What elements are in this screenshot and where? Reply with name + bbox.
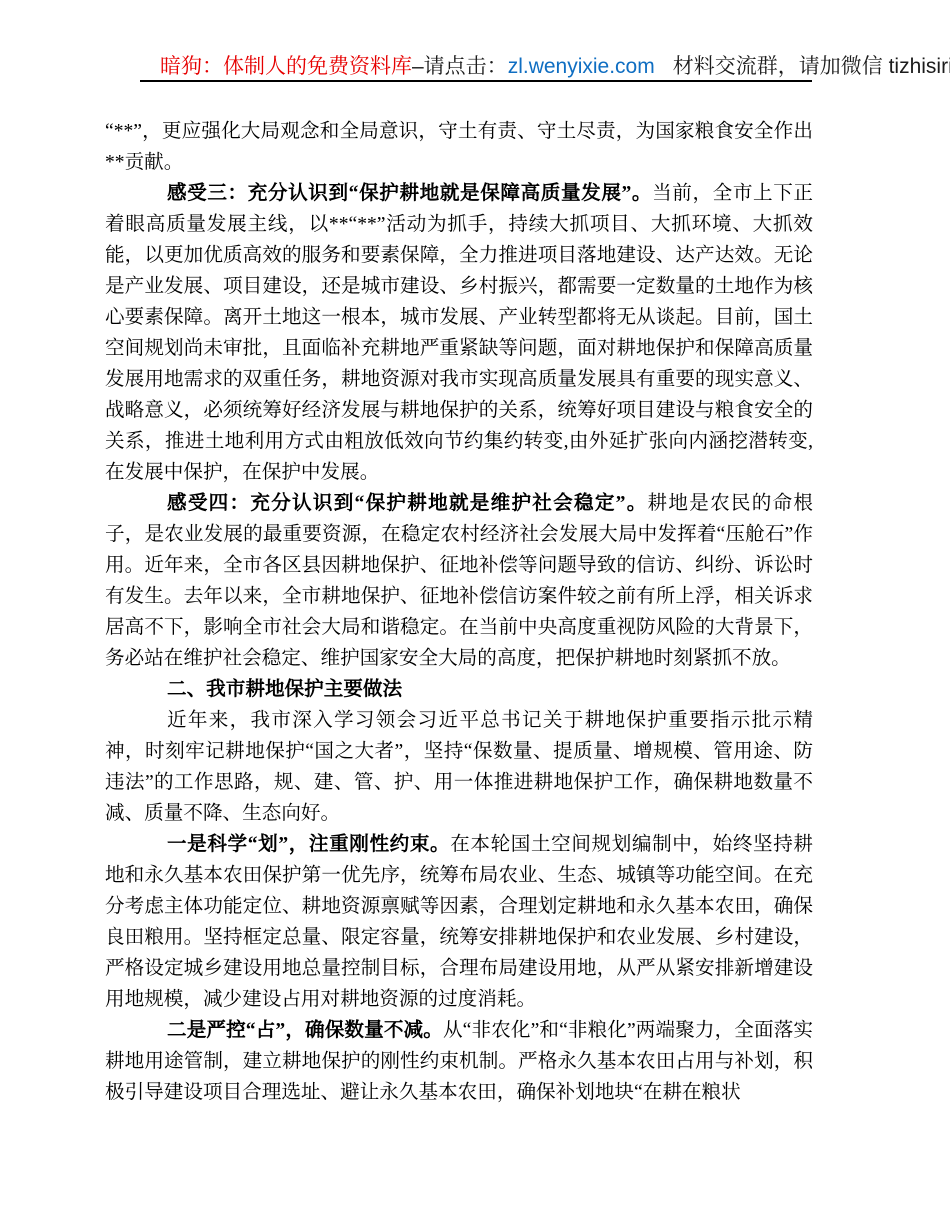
paragraph-lead-bold-text: 一是科学“划”，注重刚性约束。 <box>167 834 450 855</box>
paragraph-text: “**”，更应强化大局观念和全局意识，守土有责、守土尽责，为国家粮食安全作出**… <box>105 121 813 173</box>
site-link[interactable]: zl.wenyixie.com <box>508 55 655 79</box>
document-body: “**”，更应强化大局观念和全局意识，守土有责、守土尽责，为国家粮食安全作出**… <box>105 116 813 1108</box>
paragraph: “**”，更应强化大局观念和全局意识，守土有责、守土尽责，为国家粮食安全作出**… <box>105 116 813 178</box>
paragraph: 一是科学“划”，注重刚性约束。在本轮国土空间规划编制中，始终坚持耕地和永久基本农… <box>105 829 813 1015</box>
paragraph-text: 近年来，我市深入学习领会习近平总书记关于耕地保护重要指示批示精神，时刻牢记耕地保… <box>105 710 813 824</box>
header-divider-line <box>140 80 812 82</box>
paragraph-text: 耕地是农民的命根子，是农业发展的最重要资源，在稳定农村经济社会发展大局中发挥着“… <box>105 493 813 669</box>
paragraph-lead-bold-text: 感受三：充分认识到“保护耕地就是保障高质量发展”。 <box>167 183 652 204</box>
paragraph: 二是严控“占”，确保数量不减。从“非农化”和“非粮化”两端聚力，全面落实耕地用途… <box>105 1015 813 1108</box>
contact-note: 材料交流群，请加微信 tizhisiri <box>673 50 950 80</box>
paragraph-lead-bold-text: 二是严控“占”，确保数量不减。 <box>167 1020 443 1041</box>
paragraph: 感受三：充分认识到“保护耕地就是保障高质量发展”。当前，全市上下正着眼高质量发展… <box>105 178 813 488</box>
paragraph-text: 在本轮国土空间规划编制中，始终坚持耕地和永久基本农田保护第一优先序，统筹布局农业… <box>105 834 813 1010</box>
site-brand: 暗狗：体制人的免费资料库 <box>160 50 412 80</box>
paragraph-text: 当前，全市上下正着眼高质量发展主线，以**“**”活动为抓手，持续大抓项目、大抓… <box>105 183 813 483</box>
section-heading: 二、我市耕地保护主要做法 <box>105 674 813 705</box>
click-prompt: –请点击： <box>412 50 508 80</box>
paragraph: 近年来，我市深入学习领会习近平总书记关于耕地保护重要指示批示精神，时刻牢记耕地保… <box>105 705 813 829</box>
page-header: 暗狗：体制人的免费资料库 –请点击： zl.wenyixie.com 材料交流群… <box>160 50 950 80</box>
paragraph: 感受四：充分认识到“保护耕地就是维护社会稳定”。耕地是农民的命根子，是农业发展的… <box>105 488 813 674</box>
paragraph-lead-bold-text: 二、我市耕地保护主要做法 <box>167 679 402 700</box>
paragraph-lead-bold-text: 感受四：充分认识到“保护耕地就是维护社会稳定”。 <box>167 493 648 514</box>
